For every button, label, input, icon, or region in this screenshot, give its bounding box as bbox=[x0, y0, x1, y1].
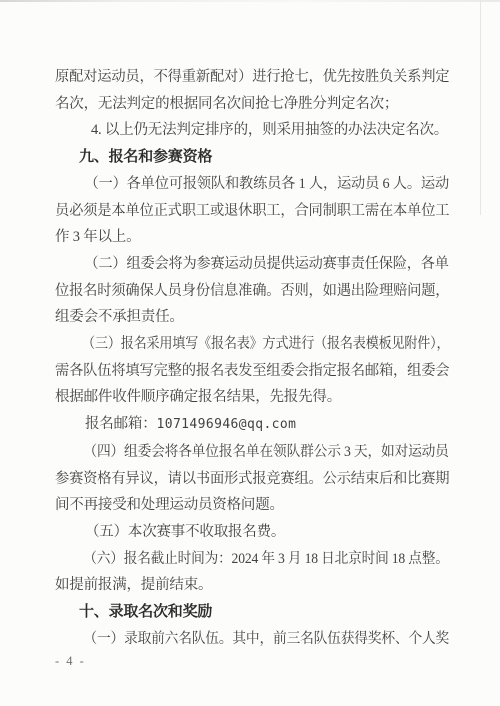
paragraph-start-line: （三）报名采用填写《报名表》方式进行（报名表模板见附件）， bbox=[55, 331, 408, 358]
document-page: 原配对运动员，不得重新配对）进行抢七，优先按胜负关系判定名次，无法判定的根据同名… bbox=[0, 0, 500, 706]
email-label: 报名邮箱： bbox=[85, 416, 157, 432]
paragraph-start-line: （四）组委会将各单位报名单在领队群公示 3 天，如对运动员 bbox=[55, 439, 426, 466]
email-address: 1071496946@qq.com bbox=[157, 417, 297, 432]
text-line: 参赛资格有异议，请以书面形式报竞赛组。公示结束后和比赛期 bbox=[55, 466, 441, 493]
email-line: 报名邮箱：1071496946@qq.com bbox=[55, 411, 447, 439]
text-line: 间不再接受和处理运动员资格问题。 bbox=[55, 492, 447, 519]
text-line: 根据邮件收件顺序确定报名结果，先报先得。 bbox=[55, 384, 447, 411]
scan-edge-top bbox=[0, 0, 500, 2]
document-body: 原配对运动员，不得重新配对）进行抢七，优先按胜负关系判定名次，无法判定的根据同名… bbox=[55, 64, 447, 652]
scan-artifact-line bbox=[480, 0, 481, 215]
text-line: 作 3 年以上。 bbox=[55, 224, 447, 251]
page-number: - 4 - bbox=[55, 654, 86, 669]
section-heading: 九、报名和参赛资格 bbox=[55, 144, 447, 171]
paragraph-start-line: （二）组委会将为参赛运动员提供运动赛事责任保险，各单 bbox=[55, 251, 439, 278]
text-line: 原配对运动员，不得重新配对）进行抢七，优先按胜负关系判定 bbox=[55, 64, 441, 91]
text-line: 如提前报满，提前结束。 bbox=[55, 572, 447, 599]
section-heading: 十、录取名次和奖励 bbox=[55, 599, 447, 626]
paragraph-start-line: （一）录取前六名队伍。其中，前三名队伍获得奖杯、个人奖 bbox=[55, 626, 426, 653]
text-line: 员必须是本单位正式职工或退休职工，合同制职工需在本单位工 bbox=[55, 198, 441, 225]
text-line: 组委会不承担责任。 bbox=[55, 304, 447, 331]
text-line: 名次，无法判定的根据同名次间抢七净胜分判定名次； bbox=[55, 91, 447, 118]
numbered-item-line: 4. 以上仍无法判定排序的，则采用抽签的办法决定名次。 bbox=[55, 117, 447, 144]
paragraph-start-line: （一）各单位可报领队和教练员各 1 人，运动员 6 人。运动 bbox=[55, 171, 440, 198]
paragraph-start-line: （五）本次赛事不收取报名费。 bbox=[55, 519, 447, 546]
text-line: 需各队伍将填写完整的报名表发至组委会指定报名邮箱，组委会 bbox=[55, 358, 441, 385]
paragraph-start-line: （六）报名截止时间为：2024 年 3 月 18 日北京时间 18 点整。 bbox=[55, 546, 424, 573]
text-line: 位报名时须确保人员身份信息准确。否则，如遇出险理赔问题， bbox=[55, 278, 441, 305]
